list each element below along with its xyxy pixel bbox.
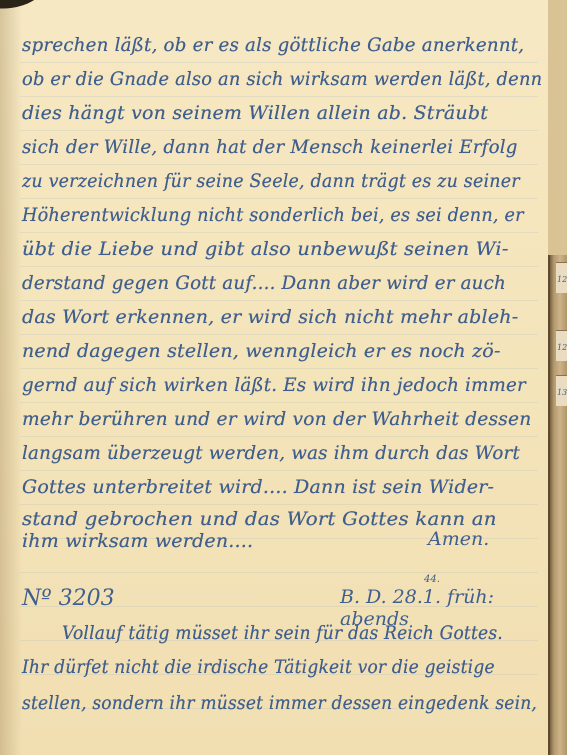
ruled-line <box>20 96 538 97</box>
handwritten-line: mehr berühren und er wird von der Wahrhe… <box>22 408 531 430</box>
handwritten-line: Höherentwicklung nicht sonderlich bei, e… <box>22 204 524 226</box>
handwritten-line: Ihr dürfet nicht die irdische Tätigkeit … <box>22 656 495 678</box>
index-tab-label: 12 <box>557 343 567 352</box>
ruled-line <box>20 572 538 573</box>
entry-year-superscript: 44. <box>424 574 440 585</box>
entry-number: Nº 3203 <box>22 586 115 611</box>
handwritten-line: nend dagegen stellen, wenngleich er es n… <box>22 340 501 362</box>
ruled-line <box>20 198 538 199</box>
ruled-line <box>20 300 538 301</box>
page-corner-shadow <box>0 0 42 12</box>
ruled-line <box>20 504 538 505</box>
handwritten-line: zu verzeichnen für seine Seele, dann trä… <box>22 170 520 192</box>
handwritten-line: ihm wirksam werden.... <box>22 530 253 552</box>
ruled-line <box>20 266 538 267</box>
ruled-line <box>20 62 538 63</box>
ruled-line <box>20 232 538 233</box>
handwritten-line: gernd auf sich wirken läßt. Es wird ihn … <box>22 374 526 396</box>
handwritten-line: übt die Liebe und gibt also unbewußt sei… <box>22 238 509 260</box>
handwritten-line: Vollauf tätig müsset ihr sein für das Re… <box>62 622 503 644</box>
ruled-line <box>20 130 538 131</box>
diary-page: sprechen läßt, ob er es als göttliche Ga… <box>0 0 548 755</box>
index-tab-label: 13 <box>557 388 567 397</box>
handwritten-line: langsam überzeugt werden, was ihm durch … <box>22 442 520 464</box>
ruled-line <box>20 436 538 437</box>
index-tab-label: 124 <box>557 275 567 284</box>
handwritten-line: ob er die Gnade also an sich wirksam wer… <box>22 68 542 90</box>
handwritten-line: Gottes unterbreitet wird.... Dann ist se… <box>22 476 494 498</box>
handwritten-line: dies hängt von seinem Willen allein ab. … <box>22 102 488 124</box>
handwritten-line: sich der Wille, dann hat der Mensch kein… <box>22 136 518 158</box>
ruled-line <box>20 470 538 471</box>
closing-amen: Amen. <box>428 528 489 550</box>
ruled-line <box>20 402 538 403</box>
handwritten-line: das Wort erkennen, er wird sich nicht me… <box>22 306 518 328</box>
ruled-line <box>20 368 538 369</box>
handwritten-line: stellen, sondern ihr müsset immer dessen… <box>22 692 537 714</box>
handwritten-line: derstand gegen Gott auf.... Dann aber wi… <box>22 272 506 294</box>
handwritten-line: sprechen läßt, ob er es als göttliche Ga… <box>22 34 524 56</box>
ruled-line <box>20 334 538 335</box>
ruled-line <box>20 164 538 165</box>
handwritten-line: stand gebrochen und das Wort Gottes kann… <box>22 508 497 530</box>
